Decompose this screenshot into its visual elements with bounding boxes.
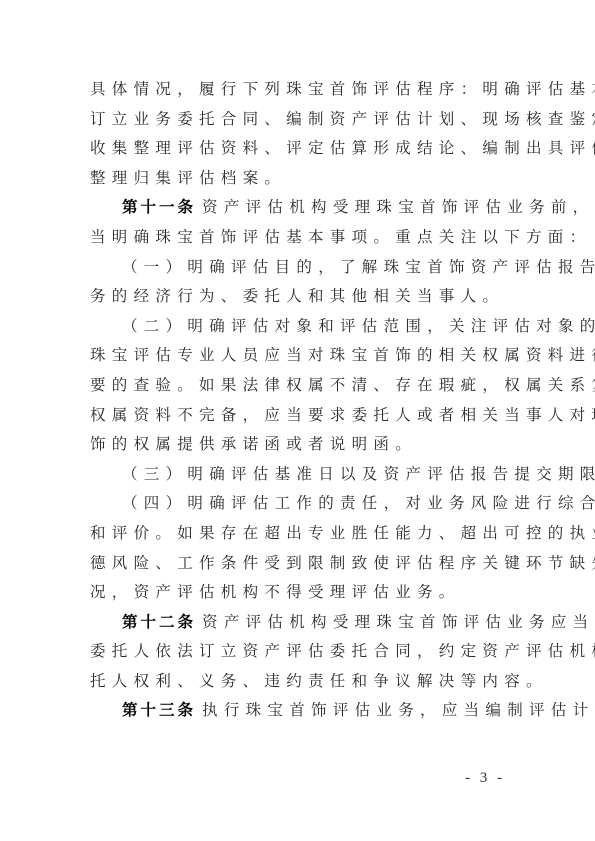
text-line: 整理归集评估档案。 (90, 164, 510, 194)
text-line: 珠宝评估专业人员应当对珠宝首饰的相关权属资料进行必 (90, 341, 510, 371)
text-line: 当明确珠宝首饰评估基本事项。重点关注以下方面： (90, 223, 510, 253)
article-number: 第十三条 (122, 701, 196, 719)
text-line: 第十三条执行珠宝首饰评估业务，应当编制评估计划。 (90, 696, 510, 726)
text-line: 具体情况，履行下列珠宝首饰评估程序：明确评估基本事项、 (90, 75, 510, 105)
article-11: 第十一条资产评估机构受理珠宝首饰评估业务前，应 当明确珠宝首饰评估基本事项。重点… (90, 193, 510, 252)
text-line: （一）明确评估目的，了解珠宝首饰资产评估报告所服 (90, 253, 510, 283)
text-line: 订立业务委托合同、编制资产评估计划、现场核查鉴定分析、 (90, 105, 510, 135)
text-line: （三）明确评估基准日以及资产评估报告提交期限。 (90, 460, 510, 490)
article-text: 资产评估机构受理珠宝首饰评估业务前，应 (202, 198, 595, 216)
article-12: 第十二条资产评估机构受理珠宝首饰评估业务应当与 委托人依法订立资产评估委托合同，… (90, 608, 510, 697)
article-text: 资产评估机构受理珠宝首饰评估业务应当与 (202, 613, 595, 631)
text-line: 务的经济行为、委托人和其他相关当事人。 (90, 282, 510, 312)
list-item-4: （四）明确评估工作的责任，对业务风险进行综合分析 和评价。如果存在超出专业胜任能… (90, 489, 510, 607)
text-line: 和评价。如果存在超出专业胜任能力、超出可控的执业和道 (90, 519, 510, 549)
text-line: （二）明确评估对象和评估范围，关注评估对象的权属。 (90, 312, 510, 342)
document-page: 具体情况，履行下列珠宝首饰评估程序：明确评估基本事项、 订立业务委托合同、编制资… (90, 75, 510, 726)
article-number: 第十一条 (122, 198, 196, 216)
text-line: 要的查验。如果法律权属不清、存在瑕疵，权属关系复杂， (90, 371, 510, 401)
text-line: 收集整理评估资料、评定估算形成结论、编制出具评估报告、 (90, 134, 510, 164)
text-line: 委托人依法订立资产评估委托合同，约定资产评估机构和委 (90, 637, 510, 667)
article-13: 第十三条执行珠宝首饰评估业务，应当编制评估计划。 (90, 696, 510, 726)
list-item-1: （一）明确评估目的，了解珠宝首饰资产评估报告所服 务的经济行为、委托人和其他相关… (90, 253, 510, 312)
text-line: 第十一条资产评估机构受理珠宝首饰评估业务前，应 (90, 193, 510, 223)
text-line: 况，资产评估机构不得受理评估业务。 (90, 578, 510, 608)
article-text: 执行珠宝首饰评估业务，应当编制评估计划。 (202, 701, 595, 719)
paragraph-procedures: 具体情况，履行下列珠宝首饰评估程序：明确评估基本事项、 订立业务委托合同、编制资… (90, 75, 510, 193)
list-item-2: （二）明确评估对象和评估范围，关注评估对象的权属。 珠宝评估专业人员应当对珠宝首… (90, 312, 510, 460)
text-line: 权属资料不完备，应当要求委托人或者相关当事人对珠宝首 (90, 401, 510, 431)
text-line: 饰的权属提供承诺函或者说明函。 (90, 430, 510, 460)
text-line: 托人权利、义务、违约责任和争议解决等内容。 (90, 667, 510, 697)
text-line: 德风险、工作条件受到限制致使评估程序关键环节缺失等情 (90, 549, 510, 579)
page-number: - 3 - (460, 770, 510, 787)
list-item-3: （三）明确评估基准日以及资产评估报告提交期限。 (90, 460, 510, 490)
text-line: 第十二条资产评估机构受理珠宝首饰评估业务应当与 (90, 608, 510, 638)
article-number: 第十二条 (122, 613, 196, 631)
text-line: （四）明确评估工作的责任，对业务风险进行综合分析 (90, 489, 510, 519)
